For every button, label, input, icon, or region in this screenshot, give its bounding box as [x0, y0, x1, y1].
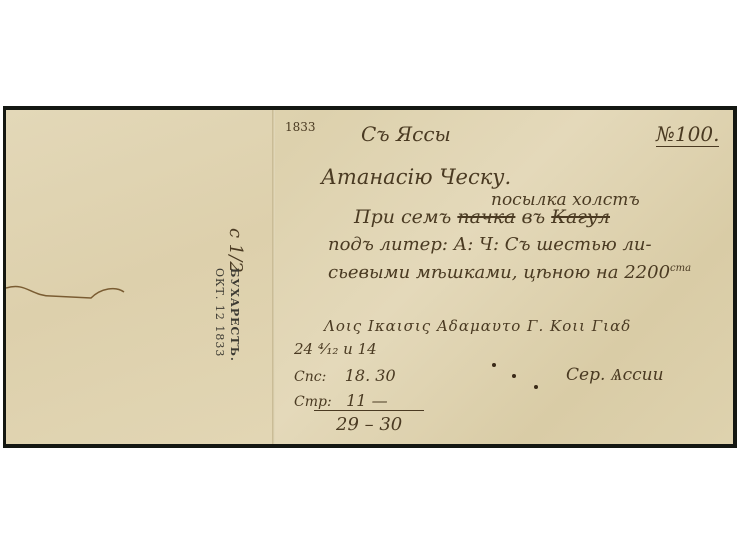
manuscript-rate: с 1/2	[225, 228, 246, 273]
addressee: Атанасію Ческу.	[321, 165, 511, 189]
body-line-2: подъ литер: А: Ч: Съ шестью ли-	[328, 234, 652, 255]
rate-2-label: Спс:	[294, 369, 326, 385]
postmark-line-2: ОКТ. 12 1833	[213, 268, 226, 357]
postmark-line-1: БУХАРЕСТЪ.	[228, 268, 241, 362]
rate-2-value: 18. 30	[345, 366, 396, 385]
rate-line-2: Спс: 18. 30	[294, 366, 396, 385]
body-line-1: При семъ пачка въ Кагул	[354, 206, 610, 228]
rate-3-value: 11 —	[346, 391, 387, 410]
rate-3-label: Стр:	[294, 394, 332, 410]
body-line-3: сьевыми мѣшками, цѣною на 2200ста	[328, 262, 691, 283]
letter-number: №100.	[656, 122, 719, 147]
ink-dot	[492, 363, 496, 367]
sum-rule	[314, 410, 424, 411]
signature: Сер. Ѧссии	[566, 365, 664, 385]
letter-paper: с 1/2 БУХАРЕСТЪ. ОКТ. 12 1833 1833 Съ Яс…	[6, 110, 733, 444]
ink-dot	[534, 385, 538, 389]
line1-mid: въ	[521, 206, 545, 228]
rate-1-value: 24 ⁴⁄₁₂ и 14	[294, 340, 377, 358]
greek-annotation: Λοις Ικαισις Αδαμαυτο Γ. Κοιι Γιαδ	[324, 317, 631, 335]
origin-line: Съ Яссы	[361, 122, 451, 146]
tear-mark	[6, 278, 126, 308]
year-note: 1833	[285, 120, 316, 134]
line3-text: сьевыми мѣшками, цѣною на 2200	[328, 262, 670, 283]
back-flap-panel: с 1/2 БУХАРЕСТЪ. ОКТ. 12 1833	[6, 110, 273, 444]
rate-total: 29 – 30	[336, 414, 402, 435]
line1-struck-word-2: Кагул	[551, 206, 610, 228]
line3-superscript: ста	[670, 263, 691, 274]
rate-line-3: Стр: 11 —	[294, 391, 388, 410]
ink-dot	[512, 374, 516, 378]
fold-line	[272, 110, 275, 444]
rate-line-1: 24 ⁴⁄₁₂ и 14	[294, 340, 377, 358]
line1-start: При семъ	[354, 206, 451, 228]
line1-struck-word: пачка	[457, 206, 515, 228]
